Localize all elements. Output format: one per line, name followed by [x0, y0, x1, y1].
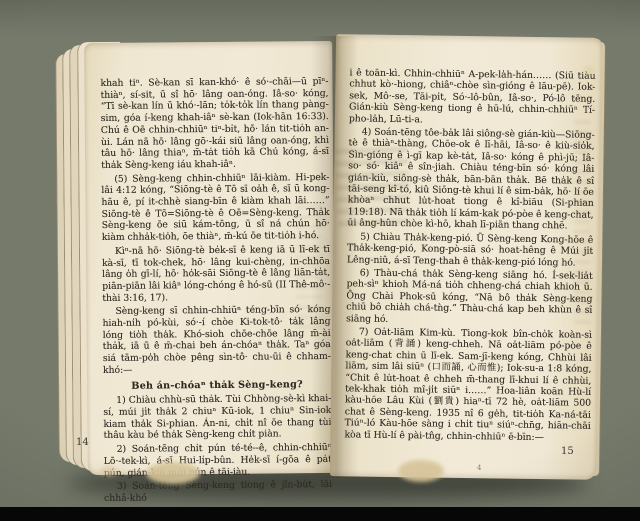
paper-stain — [100, 466, 118, 476]
section-heading: Beh án-chóaⁿ tha̍k Sèng-keng? — [103, 379, 331, 393]
right-page: i ê toān-kì. Chhin-chhiūⁿ A-pek-la̍h-hán… — [330, 34, 602, 480]
photo-bottom-band — [0, 507, 640, 521]
paragraph: 2) Soán-tēng chi̍t pún té-té--ê, chhin-c… — [104, 442, 332, 479]
paper-stain — [583, 66, 595, 75]
paragraph: 6) Thàu-chá tha̍k Sèng-keng siāng hó. Í-… — [346, 267, 593, 327]
paragraph: Kìⁿ-nā hō· Siōng-tè be̍k-sī ê keng iā ū … — [102, 244, 331, 305]
paragraph: 4) Soán-tēng tôe-ba̍k lâi siông-sè gián-… — [347, 126, 594, 232]
page-number-right: 15 — [561, 446, 574, 457]
signature-mark: 4 — [477, 464, 481, 472]
paragraph: (5) Sèng-keng chhin-chhiūⁿ lāi-kiàm. Hi-… — [101, 172, 330, 244]
paper-stain — [398, 460, 444, 482]
paragraph: 7) Oa̍t-liām Kim-kù. Tiong-kok bîn-cho̍k… — [344, 326, 592, 443]
paragraph: i ê toān-kì. Chhin-chhiūⁿ A-pek-la̍h-hán… — [349, 67, 596, 127]
paragraph: 3) Soán-tēng Sèng-keng tiong ê jîn-bu̍t,… — [104, 479, 332, 504]
paper-stain — [146, 462, 200, 484]
book-photo: khah tiⁿ. Sè-kan sī kan-khó· ê só·-chāi—… — [0, 0, 640, 521]
paragraph: 1) Chiàu chhù-sū tha̍k. Tùi Chhòng-sè-kì… — [103, 393, 331, 442]
left-page-text: khah tiⁿ. Sè-kan sī kan-khó· ê só·-chāi—… — [100, 76, 332, 507]
right-page-text: i ê toān-kì. Chhin-chhiūⁿ A-pek-la̍h-hán… — [344, 67, 595, 445]
page-number-left: 14 — [76, 437, 89, 448]
paragraph: khah tiⁿ. Sè-kan sī kan-khó· ê só·-chāi—… — [100, 76, 329, 172]
paragraph: 5) Chiàu Tha̍k-keng-pió. Ū Sèng-keng Kon… — [347, 231, 593, 269]
left-page: khah tiⁿ. Sè-kan sī kan-khó· ê só·-chāi—… — [84, 41, 336, 475]
paragraph: Sèng-keng sī chhin-chhiūⁿ téng-bīn só· k… — [102, 304, 331, 376]
